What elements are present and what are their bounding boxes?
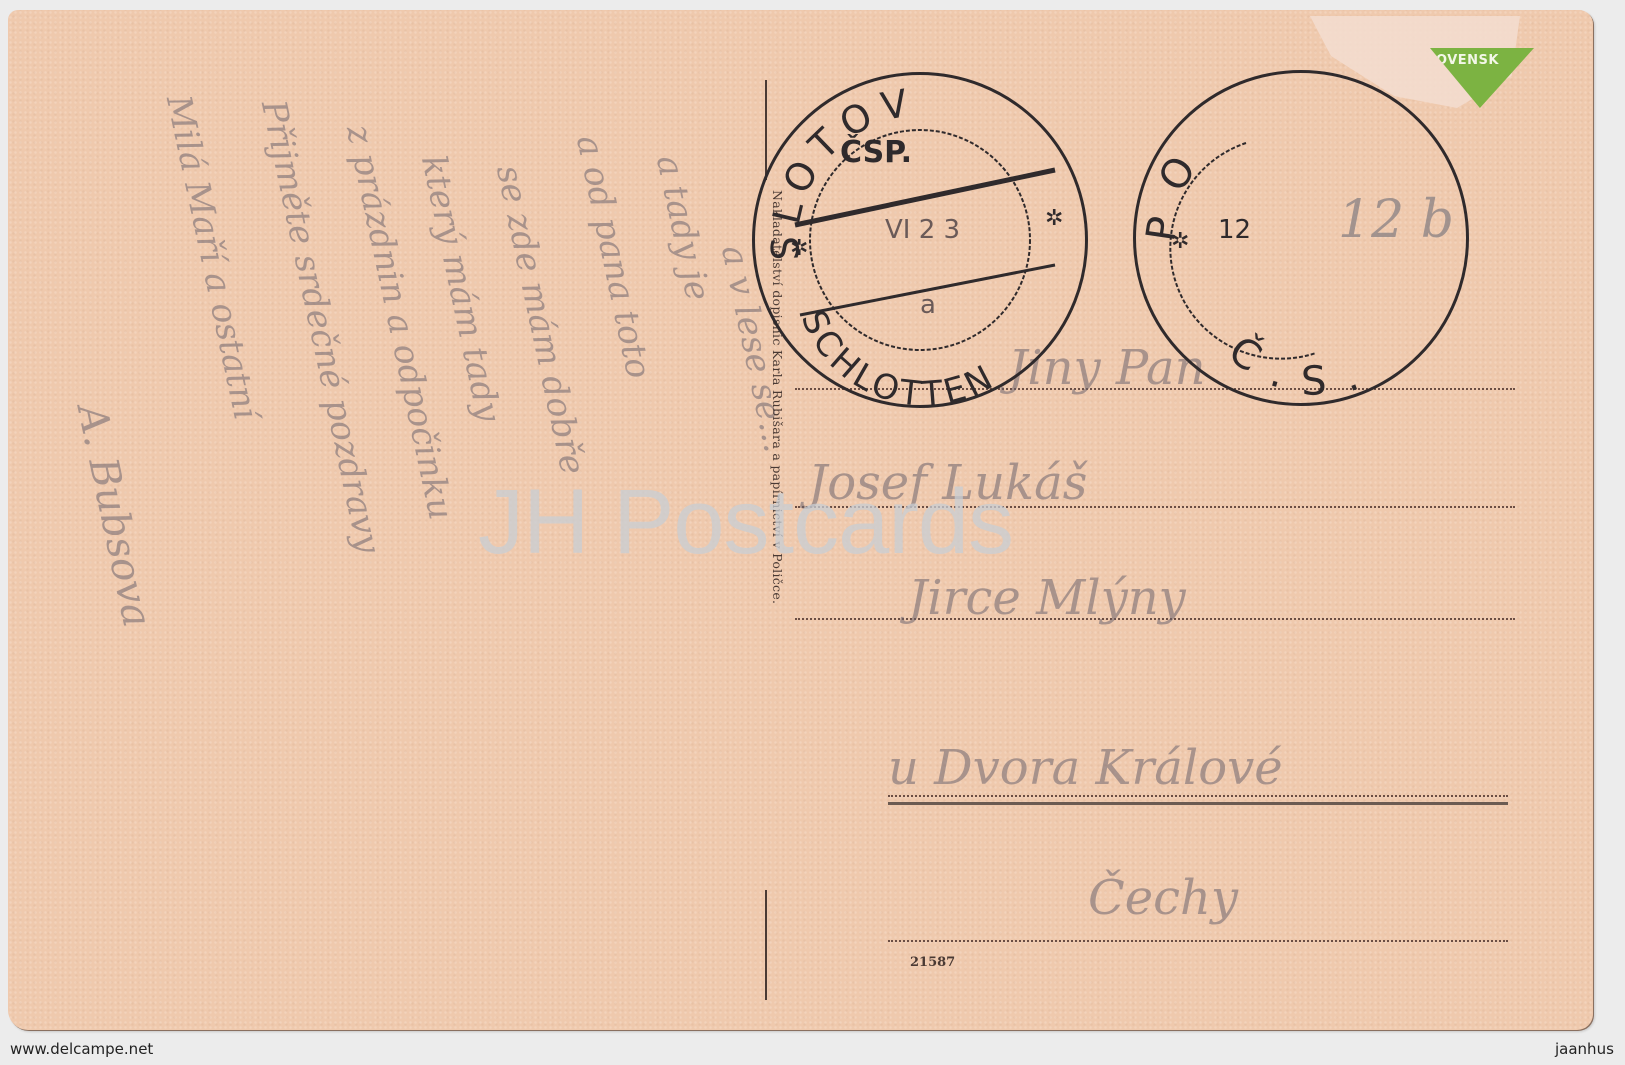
postmark-bottom-text: SCHLOTTEN (793, 304, 1003, 405)
watermark: JH Postcards (478, 470, 1013, 575)
message-line: Milá Maří a ostatní (158, 92, 266, 423)
message-line: a tady je (648, 152, 718, 305)
address-underline (888, 802, 1508, 805)
source-site-label: www.delcampe.net (10, 1040, 153, 1058)
postmark-overprint: ČSP. (840, 135, 912, 170)
svg-text:✲: ✲ (1171, 229, 1189, 254)
postmark-right-ring: PO Č.S. ✲ (1136, 73, 1466, 403)
postmark-right-bottom-text: Č.S. (1220, 326, 1385, 403)
svg-text:SCHLOTTEN: SCHLOTTEN (793, 304, 1003, 405)
seller-label: jaanhus (1555, 1040, 1614, 1058)
postmark-right: PO Č.S. ✲ 12 (1133, 70, 1469, 406)
serial-number: 21587 (910, 955, 955, 970)
svg-text:PO: PO (1138, 128, 1218, 244)
postmark-right-top-text: PO (1138, 128, 1218, 244)
postmark-date: VI 2 3 (885, 215, 960, 245)
postmark-letter: a (920, 290, 936, 320)
svg-text:✲: ✲ (790, 236, 808, 261)
postcard-back: OVENSK Milá Maří a ostatní Přijměte srde… (8, 10, 1593, 1030)
center-divider-bottom (765, 890, 767, 1000)
address-street: Jirce Mlýny (908, 570, 1186, 626)
address-town: u Dvora Králové (888, 740, 1283, 796)
signature: A. Bubsova (68, 400, 160, 631)
message-line: a od pana toto (568, 132, 659, 382)
message-line: se zde mám dobře (488, 162, 593, 478)
address-country: Čechy (1088, 870, 1238, 926)
postmark-right-day: 12 (1218, 215, 1251, 245)
svg-text:Č.S.: Č.S. (1220, 326, 1385, 403)
address-line-5 (888, 940, 1508, 942)
postmark-slotov: SLOTOV SCHLOTTEN ✲ ✲ ČSP. VI 2 3 a (752, 72, 1088, 408)
stamp-text: OVENSK (1436, 53, 1499, 68)
svg-text:✲: ✲ (1045, 206, 1063, 231)
